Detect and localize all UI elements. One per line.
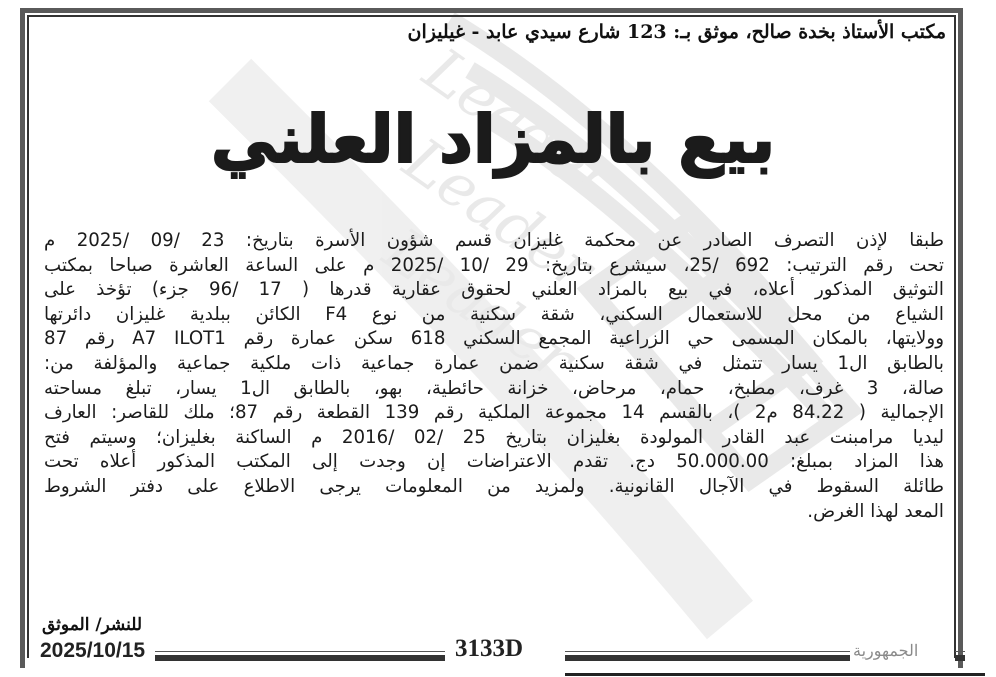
footer: 2025/10/15 3133D الجمهورية <box>20 635 970 675</box>
footer-ad-code: 3133D <box>455 635 523 663</box>
signature: للنشر/ الموثق <box>42 615 142 635</box>
body-line: طائلة السقوط في الآجال القانونية. ولمزيد… <box>44 475 944 500</box>
body-line: وولايتها، بالمكان المسمى حي الزراعية الم… <box>44 327 944 352</box>
body-line: ليديا مرامبنت عبد القادر المولودة بغليزا… <box>44 426 944 451</box>
office-header: مكتب الأستاذ بخدة صالح، موثق بـ: 123 شار… <box>407 21 946 43</box>
newspaper-logo: الجمهورية <box>853 641 918 660</box>
footer-date: 2025/10/15 <box>40 639 145 663</box>
footer-divider <box>155 655 445 661</box>
page-title: بيع بالمزاد العلني <box>32 107 954 173</box>
body-line: التوثيق المذكور أعلاه، في بيع بالمزاد ال… <box>44 278 944 303</box>
body-line: الشياع من محل للاستعمال السكني، شقة سكني… <box>44 303 944 328</box>
body-line: صالة، 3 غرف، مطبخ، حمام، مرحاض، خزانة حا… <box>44 377 944 402</box>
footer-divider <box>565 655 850 661</box>
body-line: المعد لهذا الغرض. <box>44 500 944 525</box>
body-line: الإجمالية ( 84.22 م2 )، بالقسم 14 مجموعة… <box>44 401 944 426</box>
body-line: تحت رقم الترتيب: 692 /25، سيشرع بتاريخ: … <box>44 254 944 279</box>
body-line: هذا المزاد بمبلغ: 50.000.00 دج. تقدم الا… <box>44 450 944 475</box>
body-line: طبقا لإذن التصرف الصادر عن محكمة غليزان … <box>44 229 944 254</box>
notice-content: مكتب الأستاذ بخدة صالح، موثق بـ: 123 شار… <box>32 15 954 675</box>
footer-divider <box>955 655 965 661</box>
bottom-divider <box>565 673 985 676</box>
notice-body: طبقا لإذن التصرف الصادر عن محكمة غليزان … <box>44 229 944 524</box>
body-line: بالطابق ال1 يسار تتمثل في شقة سكنية ضمن … <box>44 352 944 377</box>
